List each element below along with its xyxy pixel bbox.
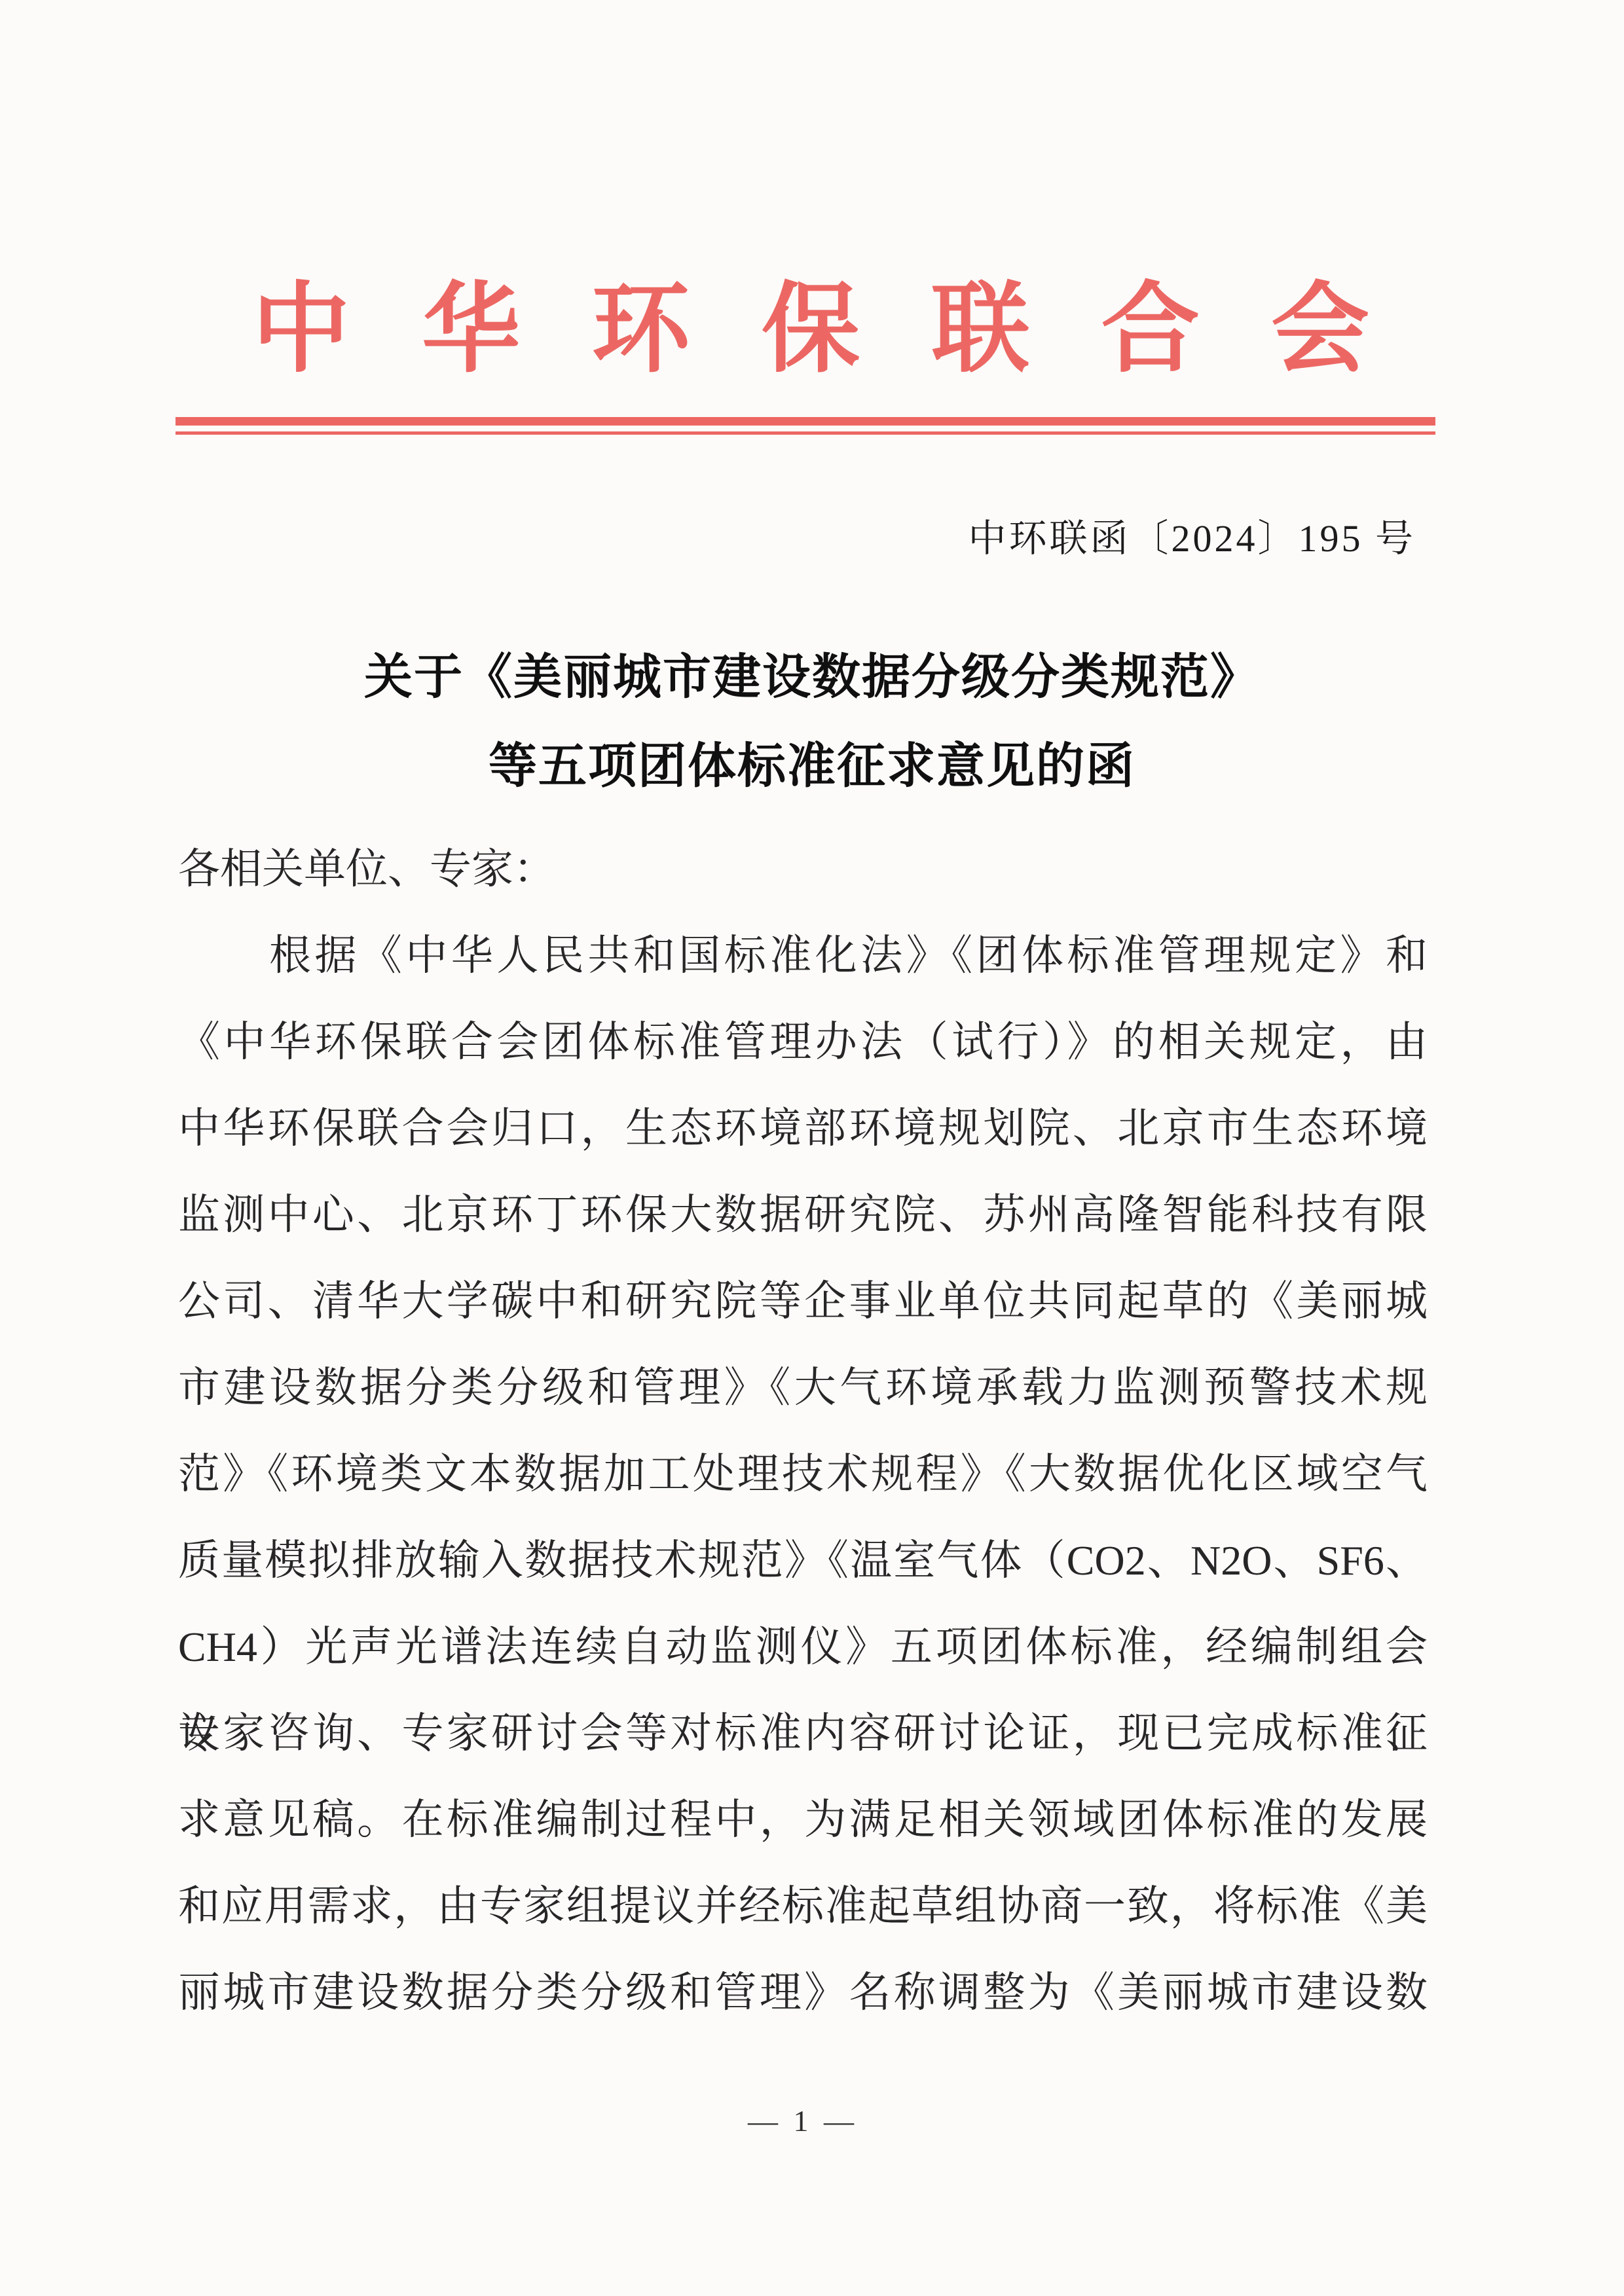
body-line: 《中华环保联合会团体标准管理办法（试行）》的相关规定，由 xyxy=(178,999,1428,1085)
document-page: 中华环保联合会 中环联函〔2024〕195 号 关于《美丽城市建设数据分级分类规… xyxy=(0,0,1624,2296)
body-line: 根据《中华人民共和国标准化法》《团体标准管理规定》和 xyxy=(178,913,1428,999)
letterhead-rule-thin xyxy=(175,431,1435,435)
body-line: 公司、清华大学碳中和研究院等企事业单位共同起草的《美丽城 xyxy=(178,1258,1428,1345)
body-line: 质量模拟排放输入数据技术规范》《温室气体（CO2、N2O、SF6、 xyxy=(178,1518,1428,1604)
body-line: CH4）光声光谱法连续自动监测仪》五项团体标准，经编制组会议、 xyxy=(178,1604,1428,1690)
body-line: 市建设数据分类分级和管理》《大气环境承载力监测预警技术规 xyxy=(178,1345,1428,1431)
body-line: 专家咨询、专家研讨会等对标准内容研讨论证，现已完成标准征 xyxy=(178,1690,1428,1777)
body-line: 中华环保联合会归口，生态环境部环境规划院、北京市生态环境 xyxy=(178,1085,1428,1172)
body-line: 丽城市建设数据分类分级和管理》名称调整为《美丽城市建设数 xyxy=(178,1950,1428,2036)
document-title-line2: 等五项团体标准征求意见的函 xyxy=(0,740,1624,793)
document-title-line1: 关于《美丽城市建设数据分级分类规范》 xyxy=(0,651,1624,704)
document-number: 中环联函〔2024〕195 号 xyxy=(968,517,1416,560)
letterhead-rule-thick xyxy=(175,417,1435,426)
body-line: 求意见稿。在标准编制过程中，为满足相关领域团体标准的发展 xyxy=(178,1777,1428,1863)
body-text: 各相关单位、专家： 根据《中华人民共和国标准化法》《团体标准管理规定》和 《中华… xyxy=(178,826,1428,2036)
salutation: 各相关单位、专家： xyxy=(178,826,1428,913)
page-number: — 1 — xyxy=(178,2102,1428,2141)
body-line: 范》《环境类文本数据加工处理技术规程》《大数据优化区域空气 xyxy=(178,1431,1428,1518)
body-line: 和应用需求，由专家组提议并经标准起草组协商一致，将标准《美 xyxy=(178,1863,1428,1950)
body-line: 监测中心、北京环丁环保大数据研究院、苏州高隆智能科技有限 xyxy=(178,1172,1428,1258)
org-letterhead-title: 中华环保联合会 xyxy=(252,278,1369,383)
